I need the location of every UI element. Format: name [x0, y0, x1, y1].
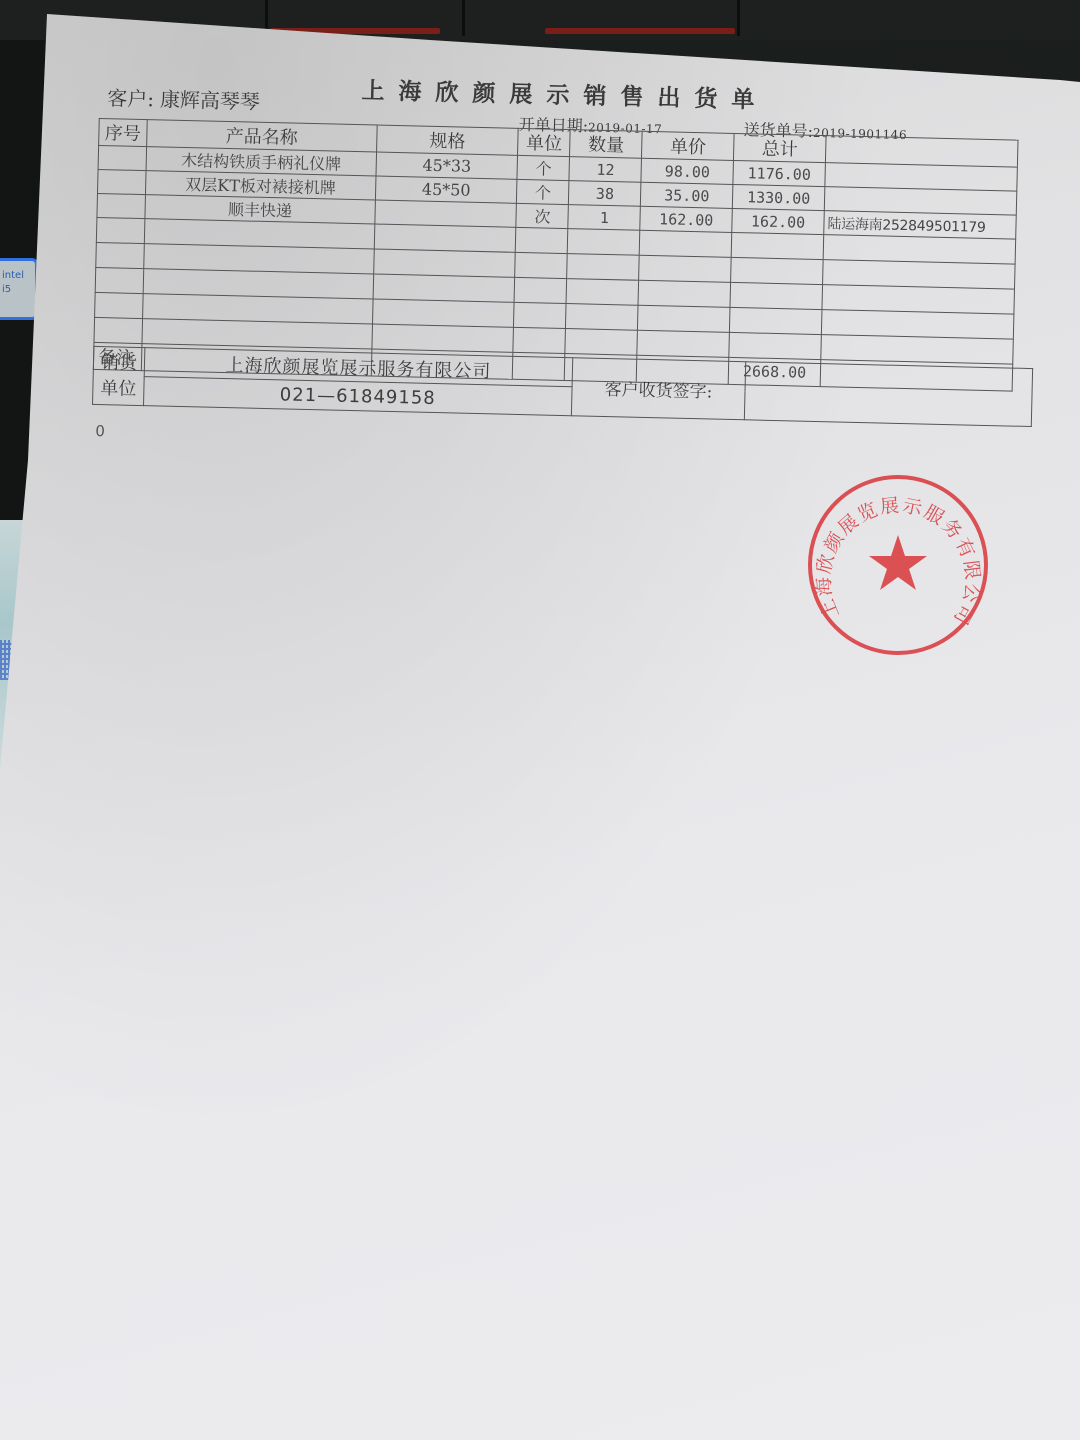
cell-price: 162.00: [640, 206, 732, 232]
cell-total: 1176.00: [733, 160, 825, 186]
cell-qty: 1: [568, 205, 640, 231]
cell-total: 162.00: [732, 208, 824, 234]
cell-empty: [96, 217, 145, 243]
cell-empty: [514, 277, 567, 303]
seller-label-line2: 单位: [100, 378, 136, 400]
cell-empty: [373, 274, 515, 302]
cell-empty: [638, 305, 730, 332]
footer-mark: 0: [95, 422, 105, 440]
laptop-hinge: [462, 0, 465, 36]
cell-unit: 个: [517, 179, 570, 204]
seller-label-line1: 销货: [101, 352, 137, 374]
cell-empty: [515, 252, 568, 278]
seller-label: 销货 单位: [93, 346, 145, 405]
cell-total: 1330.00: [732, 184, 824, 210]
cell-index: [97, 169, 146, 194]
laptop-red-accent: [545, 28, 735, 34]
cell-empty: [731, 257, 823, 284]
customer-label: 客户:: [107, 86, 154, 111]
cell-empty: [513, 327, 566, 353]
sticker-model: i5: [2, 284, 11, 295]
header-qty: 数量: [570, 130, 643, 159]
cell-empty: [639, 230, 731, 257]
cell-spec: [375, 200, 517, 227]
cell-empty: [731, 232, 823, 259]
cell-qty: 38: [569, 181, 641, 207]
cell-empty: [568, 229, 640, 256]
cell-empty: [729, 332, 821, 359]
seal-icon: 上海欣颜展览展示服务有限公司: [803, 470, 993, 660]
cell-empty: [95, 292, 144, 318]
cell-empty: [638, 280, 730, 307]
header-index: 序号: [99, 118, 148, 146]
customer-name: 康辉高琴琴: [160, 87, 261, 113]
cell-empty: [566, 304, 638, 331]
cell-empty: [730, 282, 822, 309]
cell-empty: [730, 307, 822, 334]
header-price: 单价: [642, 131, 734, 160]
cell-empty: [514, 302, 567, 328]
sticker-brand: intel: [2, 270, 24, 281]
cell-empty: [639, 255, 731, 282]
cell-empty: [516, 227, 569, 253]
cell-empty: [372, 324, 514, 352]
cell-spec: 45*33: [376, 152, 518, 179]
cell-empty: [94, 317, 143, 343]
cell-empty: [373, 249, 515, 277]
cell-price: 35.00: [641, 182, 733, 208]
cell-empty: [374, 224, 516, 252]
cell-price: 98.00: [641, 158, 733, 184]
cell-index: [98, 145, 147, 170]
star-icon: [869, 535, 927, 590]
cell-empty: [566, 279, 638, 306]
signature-field: [744, 362, 1032, 427]
cell-qty: 12: [569, 157, 641, 183]
signature-label: 客户收货签字:: [571, 358, 745, 420]
cell-index: [97, 193, 146, 218]
header-spec: 规格: [376, 125, 518, 155]
cell-empty: [96, 242, 145, 268]
header-unit: 单位: [518, 128, 571, 156]
cpu-sticker: intel i5: [0, 258, 38, 320]
cell-empty: [95, 267, 144, 293]
cell-empty: [372, 299, 514, 327]
cell-empty: [637, 330, 729, 357]
cell-spec: 45*50: [375, 176, 517, 203]
header-total: 总计: [734, 133, 827, 162]
customer-line: 客户:康辉高琴琴: [107, 82, 260, 115]
cell-unit: 个: [517, 155, 570, 180]
photo-scene: intel i5 上海欣颜展示销售出货单 客户:康辉高琴琴 开单日期:2019-…: [0, 0, 1080, 1440]
cell-empty: [567, 254, 639, 281]
cell-unit: 次: [516, 203, 569, 228]
laptop-hinge: [737, 0, 740, 36]
cell-empty: [565, 329, 637, 356]
company-seal: 上海欣颜展览展示服务有限公司: [803, 470, 993, 660]
